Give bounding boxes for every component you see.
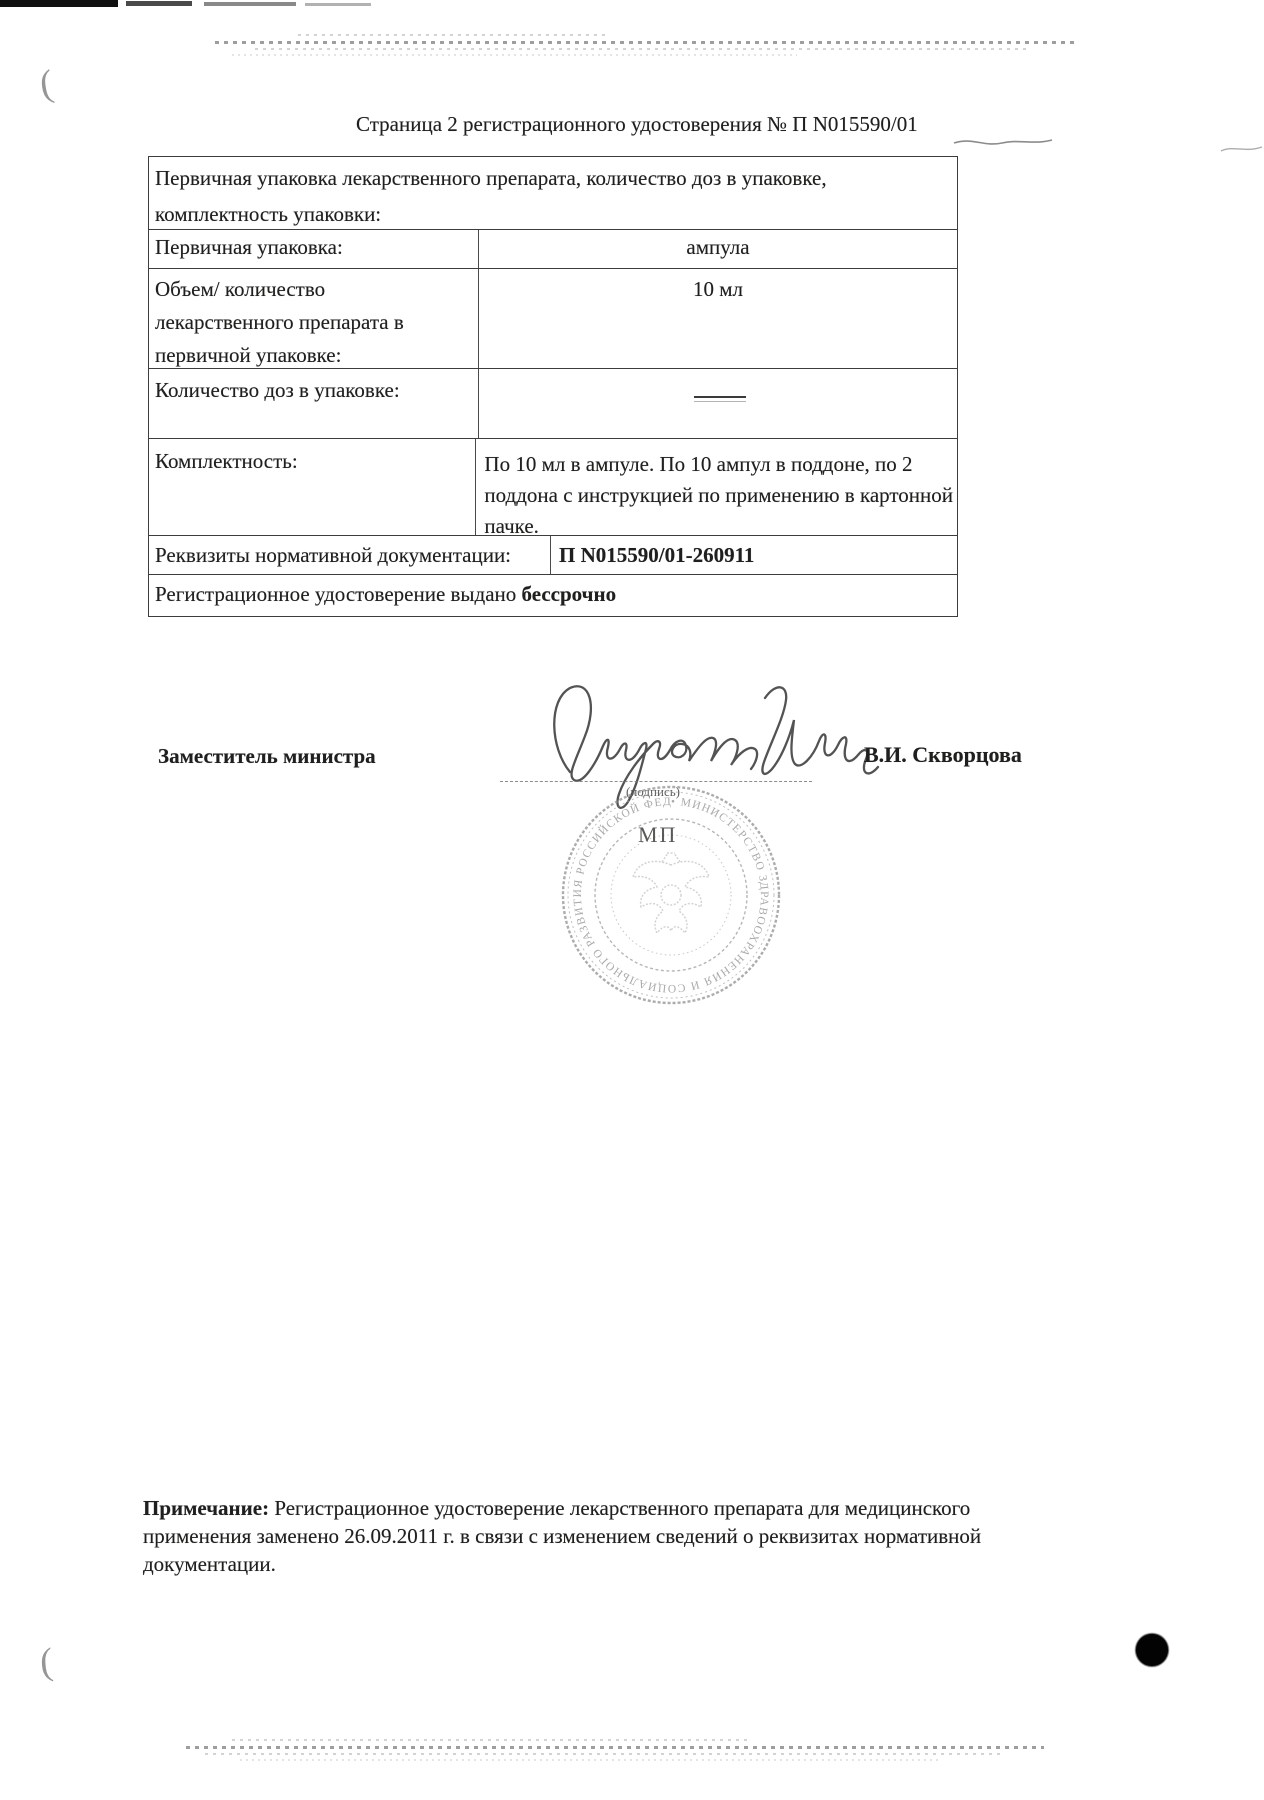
row-value: 10 мл [479,269,957,368]
margin-paren-mark-top: ( [37,61,56,106]
row-value: ампула [479,230,957,268]
scan-noise-band-top [255,48,1030,50]
scan-noise-band-bottom [205,1753,1005,1755]
scan-streak-top-left-2 [126,1,192,6]
scan-wrinkle-right-edge [1220,142,1264,156]
row-label: Реквизиты нормативной документации: [149,536,551,574]
scan-wrinkle-right [952,134,1054,150]
packaging-table: Первичная упаковка лекарственного препар… [148,156,958,617]
scan-streak-top-left [0,0,118,7]
row-label: Комплектность: [149,439,476,535]
signer-position-title: Заместитель министра [158,744,376,769]
margin-paren-mark-bottom: ( [38,1640,54,1685]
row-label: Первичная упаковка: [149,230,479,268]
row-label-line: Объем/ количество [155,273,474,306]
scan-streak-top-left-3 [204,2,296,6]
table-header-row: Первичная упаковка лекарственного препар… [149,157,957,229]
seal-ring-text: • МИНИСТЕРСТВО ЗДРАВООХРАНЕНИЯ И СОЦИАЛЬ… [541,765,770,994]
note-label: Примечание: [143,1496,269,1520]
table-header-line: Первичная упаковка лекарственного препар… [155,160,953,196]
note-line: документации. [143,1550,981,1578]
row-value [479,369,957,438]
seal-eagle-emblem [633,853,709,933]
scan-noise-band-bottom [240,1759,940,1761]
signer-name: В.И. Скворцова [864,742,1022,768]
scanned-registration-certificate-page: ( Страница 2 регистрационного удостовере… [0,0,1264,1800]
note-line: Примечание: Регистрационное удостоверени… [143,1494,981,1522]
table-row-validity: Регистрационное удостоверение выдано бес… [149,574,957,616]
row-value: П N015590/01-260911 [551,536,957,574]
table-row-requisites: Реквизиты нормативной документации: П N0… [149,535,957,574]
note-line-text: Регистрационное удостоверение лекарствен… [269,1496,970,1520]
row-value-line: поддона с инструкцией по применению в ка… [484,480,953,511]
table-header-line: комплектность упаковки: [155,196,953,232]
empty-value-dash [694,396,746,402]
validity-prefix: Регистрационное удостоверение выдано [155,582,522,606]
scan-noise-band-top [232,54,797,56]
scan-noise-band-bottom [232,1739,752,1741]
table-row-doses: Количество доз в упаковке: [149,368,957,438]
scan-noise-band-top [298,34,608,36]
table-row-volume: Объем/ количество лекарственного препара… [149,268,957,368]
page-title: Страница 2 регистрационного удостоверени… [356,112,918,137]
punch-hole-dot [1136,1634,1168,1666]
row-label: Объем/ количество лекарственного препара… [149,269,479,368]
validity-term: бессрочно [522,582,617,606]
scan-streak-top-left-4 [305,3,371,6]
scan-noise-band-bottom [186,1746,1044,1749]
row-value-line: По 10 мл в ампуле. По 10 ампул в поддоне… [484,449,953,480]
note-block: Примечание: Регистрационное удостоверени… [143,1494,981,1578]
row-value: По 10 мл в ампуле. По 10 ампул в поддоне… [476,439,957,535]
scan-noise-band-top [215,41,1075,44]
seal-initials: МП [638,822,677,848]
row-label: Количество доз в упаковке: [149,369,479,438]
table-header-cell: Первичная упаковка лекарственного препар… [149,157,957,229]
row-label-line: лекарственного препарата в [155,306,474,339]
table-row-primary-packaging: Первичная упаковка: ампула [149,229,957,268]
ministry-round-seal: • МИНИСТЕРСТВО ЗДРАВООХРАНЕНИЯ И СОЦИАЛЬ… [541,765,801,1025]
validity-cell: Регистрационное удостоверение выдано бес… [149,575,957,616]
table-row-completeness: Комплектность: По 10 мл в ампуле. По 10 … [149,438,957,535]
note-line: применения заменено 26.09.2011 г. в связ… [143,1522,981,1550]
